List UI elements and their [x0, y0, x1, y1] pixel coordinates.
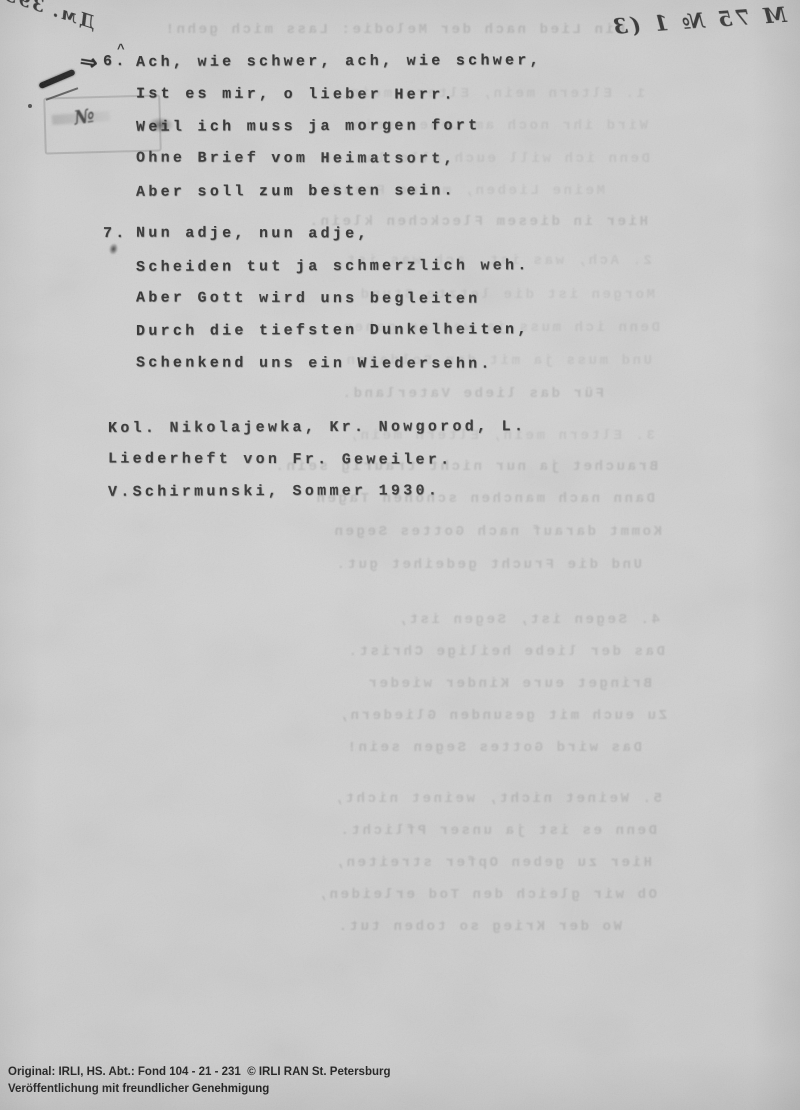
- verso-line: Ein Lied nach der Melodie: Lass mich geh…: [163, 22, 625, 38]
- verse-line: Ohne Brief vom Heimatsort,: [136, 148, 456, 169]
- verso-line: Denn es ist ja unser Pflicht.: [338, 823, 657, 839]
- verse-line: Ist es mir, o lieber Herr.: [136, 84, 456, 105]
- source-caption-line1: Original: IRLI, HS. Abt.: Fond 104 - 21 …: [8, 1066, 391, 1078]
- verso-line: 5. Weinet nicht, weinet nicht,: [332, 791, 662, 807]
- colophon-line: Liederheft von Fr. Geweiler.: [108, 449, 453, 470]
- verse-line: Schenkend uns ein Wiedersehn.: [136, 353, 493, 374]
- verse-line: Aber soll zum besten sein.: [136, 181, 456, 202]
- verso-line: Ob wir gleich den Tod erleiden,: [316, 887, 657, 903]
- handwritten-number-top-left: Дм. 3931: [0, 0, 98, 34]
- verse-line: Weil ich muss ja morgen fort: [136, 116, 481, 138]
- verse-line: Nun adje, nun adje,: [136, 224, 370, 245]
- margin-number-mark: №: [72, 105, 96, 130]
- verso-line: Für das liebe Vaterland.: [340, 386, 604, 402]
- ink-dash-mark: [38, 69, 75, 89]
- verse-line: Aber Gott wird uns begleiten: [136, 288, 481, 309]
- source-caption-line2: Veröffentlichung mit freundlicher Genehm…: [8, 1083, 269, 1095]
- verse-line: Scheiden tut ja schmerzlich weh.: [136, 256, 530, 278]
- ink-dot: [28, 104, 32, 108]
- verse-number: 7.: [103, 224, 128, 244]
- verso-line: Das wird Gottes Segen sein!: [345, 740, 642, 756]
- verso-line: Bringet eure Kinder wieder: [366, 676, 652, 692]
- verso-line: Zu euch mit gesunden Gliedern,: [337, 708, 667, 724]
- verso-line: 4. Segen ist, Segen ist,: [396, 612, 660, 628]
- verse-line: Ach, wie schwer, ach, wie schwer,: [136, 51, 542, 73]
- colophon-line: Kol. Nikolajewka, Kr. Nowgorod, L.: [108, 417, 526, 439]
- verso-line: Wo der Krieg so toben tut.: [336, 919, 622, 935]
- verso-line: Und die Frucht gedeihet gut.: [334, 557, 642, 573]
- handwritten-number-top-right: М 75 № 1 (3: [609, 2, 787, 39]
- typewriter-overstrike-blot: [147, 117, 174, 133]
- verso-line: Kommt darauf nach Gottes Segen: [332, 524, 662, 540]
- verso-line: Das der liebe heilige Christ.: [346, 644, 665, 660]
- verse-line: Durch die tiefsten Dunkelheiten,: [136, 320, 530, 342]
- ink-smudge: [108, 242, 120, 256]
- verso-line: Hier zu geben Opfer streiten,: [333, 855, 652, 871]
- scanned-typescript-page: Ein Lied nach der Melodie: Lass mich geh…: [0, 0, 800, 1110]
- pencil-arrow-mark: ⇒: [78, 49, 99, 76]
- colophon-line: V.Schirmunski, Sommer 1930.: [108, 481, 440, 502]
- verse-number: 6.: [103, 52, 128, 72]
